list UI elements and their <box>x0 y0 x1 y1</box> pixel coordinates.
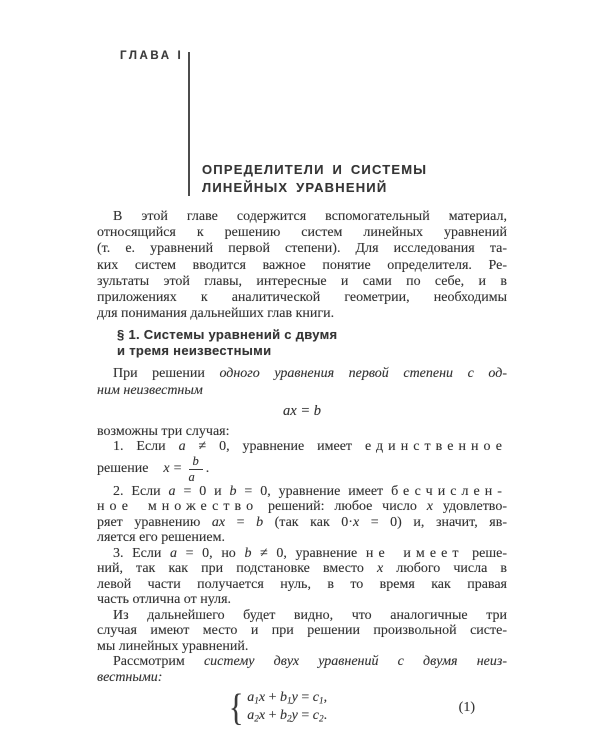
display-formula-ax-equals-b: ax = b <box>97 402 507 420</box>
book-page: ГЛАВА I ОПРЕДЕЛИТЕЛИ И СИСТЕМЫ ЛИНЕЙНЫХ … <box>0 0 600 750</box>
paragraph-line: зультаты этой главы, интересные и сами п… <box>97 274 507 290</box>
case-3-paragraph: 3. Если a = 0, но b ≠ 0, уравнение не им… <box>97 546 507 608</box>
solving-paragraph: При решении одного уравнения первой степ… <box>97 366 507 398</box>
variable-x: x <box>163 461 169 477</box>
fraction-denominator: a <box>189 470 203 484</box>
paragraph-line: Рассмотрим систему двух уравнений с двум… <box>97 654 507 670</box>
case-2-paragraph: 2. Если a = 0 и b = 0, уравнение имеет б… <box>97 484 507 546</box>
section-heading-line-1: § 1. Системы уравнений с двумя <box>117 327 507 343</box>
paragraph-line: часть отлична от нуля. <box>97 592 507 608</box>
period: . <box>206 461 210 477</box>
paragraph-line: (т. е. уравнений первой степени). Для ис… <box>97 241 507 257</box>
equation-line-2: a2x + b2y = c2. <box>247 708 327 727</box>
intro-paragraph: В этой главе содержится вспомогательный … <box>97 209 507 322</box>
fraction-b-over-a: ba <box>189 455 203 484</box>
chapter-label: ГЛАВА I <box>120 50 183 62</box>
paragraph-line: мы линейных уравнений. <box>97 639 507 655</box>
system-brace: { <box>229 689 244 727</box>
chapter-divider-rule <box>188 52 190 196</box>
fraction-numerator: b <box>189 455 203 470</box>
paragraph-line: В этой главе содержится вспомогательный … <box>97 209 507 225</box>
paragraph-line: для понимания дальнейших глав книги. <box>97 306 507 322</box>
paragraph-line: Из дальнейшего будет видно, что аналогич… <box>97 608 507 624</box>
paragraph-line: левой части получается нуль, в то время … <box>97 577 507 593</box>
paragraph-line: 1. Если a ≠ 0, уравнение имеет единствен… <box>97 439 507 455</box>
paragraph-line: ним неизвестным <box>97 383 507 399</box>
paragraph-line: При решении одного уравнения первой степ… <box>97 366 507 382</box>
case-1-paragraph: 1. Если a ≠ 0, уравнение имеет единствен… <box>97 439 507 484</box>
section-heading-line-2: и тремя неизвестными <box>117 343 507 359</box>
section-1-heading: § 1. Системы уравнений с двумя и тремя н… <box>97 327 507 358</box>
system-body: { a1x + b1y = c1, a2x + b2y = c2. <box>227 689 327 727</box>
consider-paragraph: Рассмотрим систему двух уравнений с двум… <box>97 654 507 685</box>
equation-line-1: a1x + b1y = c1, <box>247 690 327 709</box>
paragraph-line: ное множество решений: любое число x удо… <box>97 499 507 515</box>
paragraph-line: случая имеют место и при решении произво… <box>97 623 507 639</box>
chapter-title-line-1: ОПРЕДЕЛИТЕЛИ И СИСТЕМЫ <box>202 161 427 179</box>
paragraph-line: приложениях к аналитической геометрии, н… <box>97 290 507 306</box>
paragraph-line: ких систем вводится важное понятие опред… <box>97 258 507 274</box>
equation-system-1: { a1x + b1y = c1, a2x + b2y = c2. (1) <box>97 688 507 728</box>
paragraph-line: ряет уравнению ax = b (так как 0·x = 0) … <box>97 515 507 531</box>
chapter-title: ОПРЕДЕЛИТЕЛИ И СИСТЕМЫ ЛИНЕЙНЫХ УРАВНЕНИ… <box>202 161 427 196</box>
paragraph-line: вестными: <box>97 670 507 686</box>
further-paragraph: Из дальнейшего будет видно, что аналогич… <box>97 608 507 655</box>
paragraph-line: 2. Если a = 0 и b = 0, уравнение имеет б… <box>97 484 507 500</box>
chapter-title-line-2: ЛИНЕЙНЫХ УРАВНЕНИЙ <box>202 179 427 197</box>
paragraph-line: 3. Если a = 0, но b ≠ 0, уравнение не им… <box>97 546 507 562</box>
text-column: В этой главе содержится вспомогательный … <box>97 209 507 728</box>
three-cases-intro: возможны три случая: <box>97 424 507 440</box>
paragraph-line: ний, так как при подстановке вместо x лю… <box>97 561 507 577</box>
equation-number: (1) <box>459 700 475 716</box>
paragraph-line: возможны три случая: <box>97 424 507 440</box>
paragraph-line: относящийся к решению систем линейных ур… <box>97 225 507 241</box>
case-1-solution-line: решениеx=ba. <box>97 455 507 484</box>
system-equations: a1x + b1y = c1, a2x + b2y = c2. <box>247 690 327 728</box>
solution-word: решение <box>97 461 148 477</box>
paragraph-line: ляется его решением. <box>97 530 507 546</box>
equals-sign: = <box>174 461 182 477</box>
